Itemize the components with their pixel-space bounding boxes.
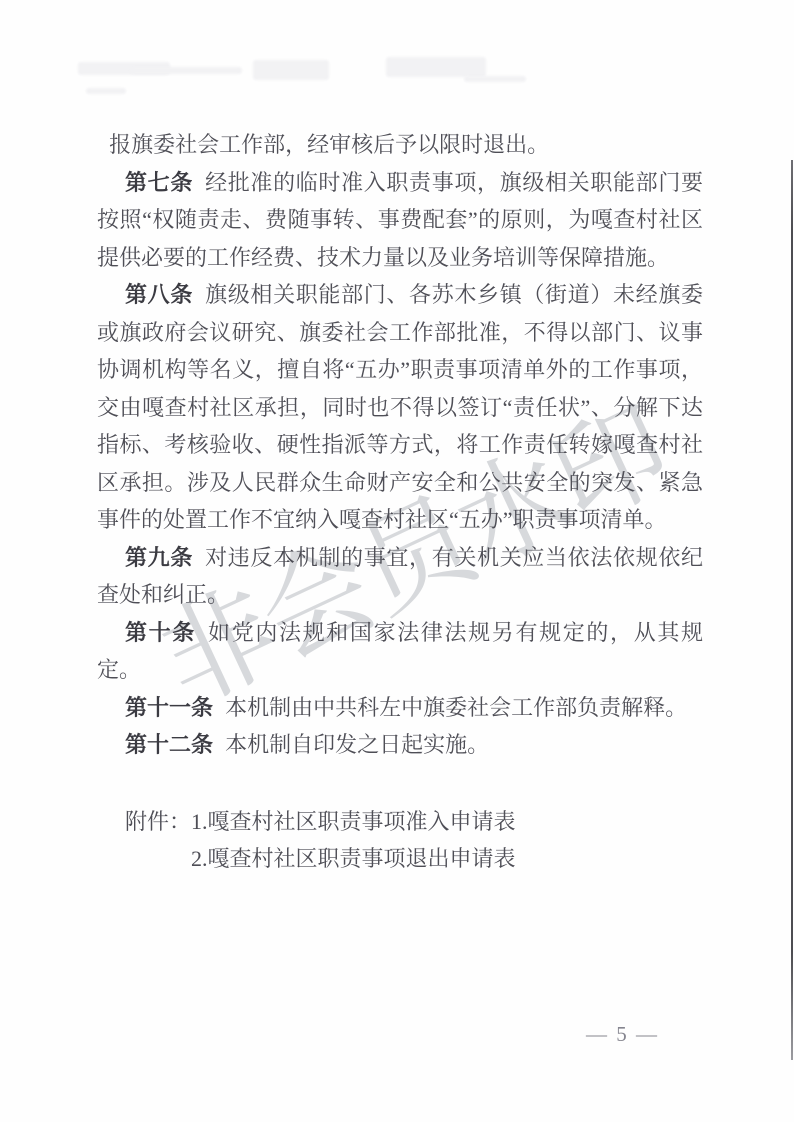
scan-smudge: [130, 67, 242, 74]
paragraph-article-7: 第七条经批准的临时准入职责事项，旗级相关职能部门要按照“权随责走、费随事转、事费…: [97, 164, 703, 277]
paragraph-text: 本机制自印发之日起实施。: [225, 732, 489, 757]
paragraph-text: 报旗委社会工作部，经审核后予以限时退出。: [109, 132, 549, 157]
paragraph-continuation: 报旗委社会工作部，经审核后予以限时退出。: [97, 126, 703, 164]
paragraph-article-10: 第十条如党内法规和国家法律法规另有规定的，从其规定。: [97, 614, 703, 689]
document-page: 非会员水印 报旗委社会工作部，经审核后予以限时退出。 第七条经批准的临时准入职责…: [0, 0, 794, 1122]
paragraph-text: 本机制由中共科左中旗委社会工作部负责解释。: [225, 695, 687, 720]
scan-edge-line: [791, 160, 793, 1060]
paragraph-article-12: 第十二条本机制自印发之日起实施。: [97, 726, 703, 764]
article-lead: 第十条: [125, 620, 196, 645]
document-body: 报旗委社会工作部，经审核后予以限时退出。 第七条经批准的临时准入职责事项，旗级相…: [97, 126, 703, 878]
page-number: — 5 —: [586, 1022, 659, 1047]
attachment-item: 1.嘎查村社区职责事项准入申请表: [191, 803, 516, 841]
attachments-block: 附件： 1.嘎查村社区职责事项准入申请表 2.嘎查村社区职责事项退出申请表: [97, 803, 703, 878]
article-lead: 第七条: [125, 170, 193, 195]
scan-smudge: [253, 60, 329, 80]
attachment-items: 1.嘎查村社区职责事项准入申请表 2.嘎查村社区职责事项退出申请表: [191, 803, 516, 878]
article-lead: 第九条: [125, 545, 193, 570]
article-lead: 第十二条: [125, 732, 213, 757]
paragraph-article-8: 第八条旗级相关职能部门、各苏木乡镇（街道）未经旗委或旗政府会议研究、旗委社会工作…: [97, 276, 703, 539]
article-lead: 第八条: [125, 282, 193, 307]
paragraph-article-11: 第十一条本机制由中共科左中旗委社会工作部负责解释。: [97, 689, 703, 727]
scan-smudge: [86, 88, 126, 94]
article-lead: 第十一条: [125, 695, 213, 720]
paragraph-text: 旗级相关职能部门、各苏木乡镇（街道）未经旗委或旗政府会议研究、旗委社会工作部批准…: [97, 282, 703, 532]
paragraph-article-9: 第九条对违反本机制的事宜，有关机关应当依法依规依纪查处和纠正。: [97, 539, 703, 614]
scan-smudge: [386, 57, 486, 77]
attachment-item: 2.嘎查村社区职责事项退出申请表: [191, 840, 516, 878]
attachments-label: 附件：: [125, 803, 191, 878]
scan-smudge: [464, 76, 526, 82]
